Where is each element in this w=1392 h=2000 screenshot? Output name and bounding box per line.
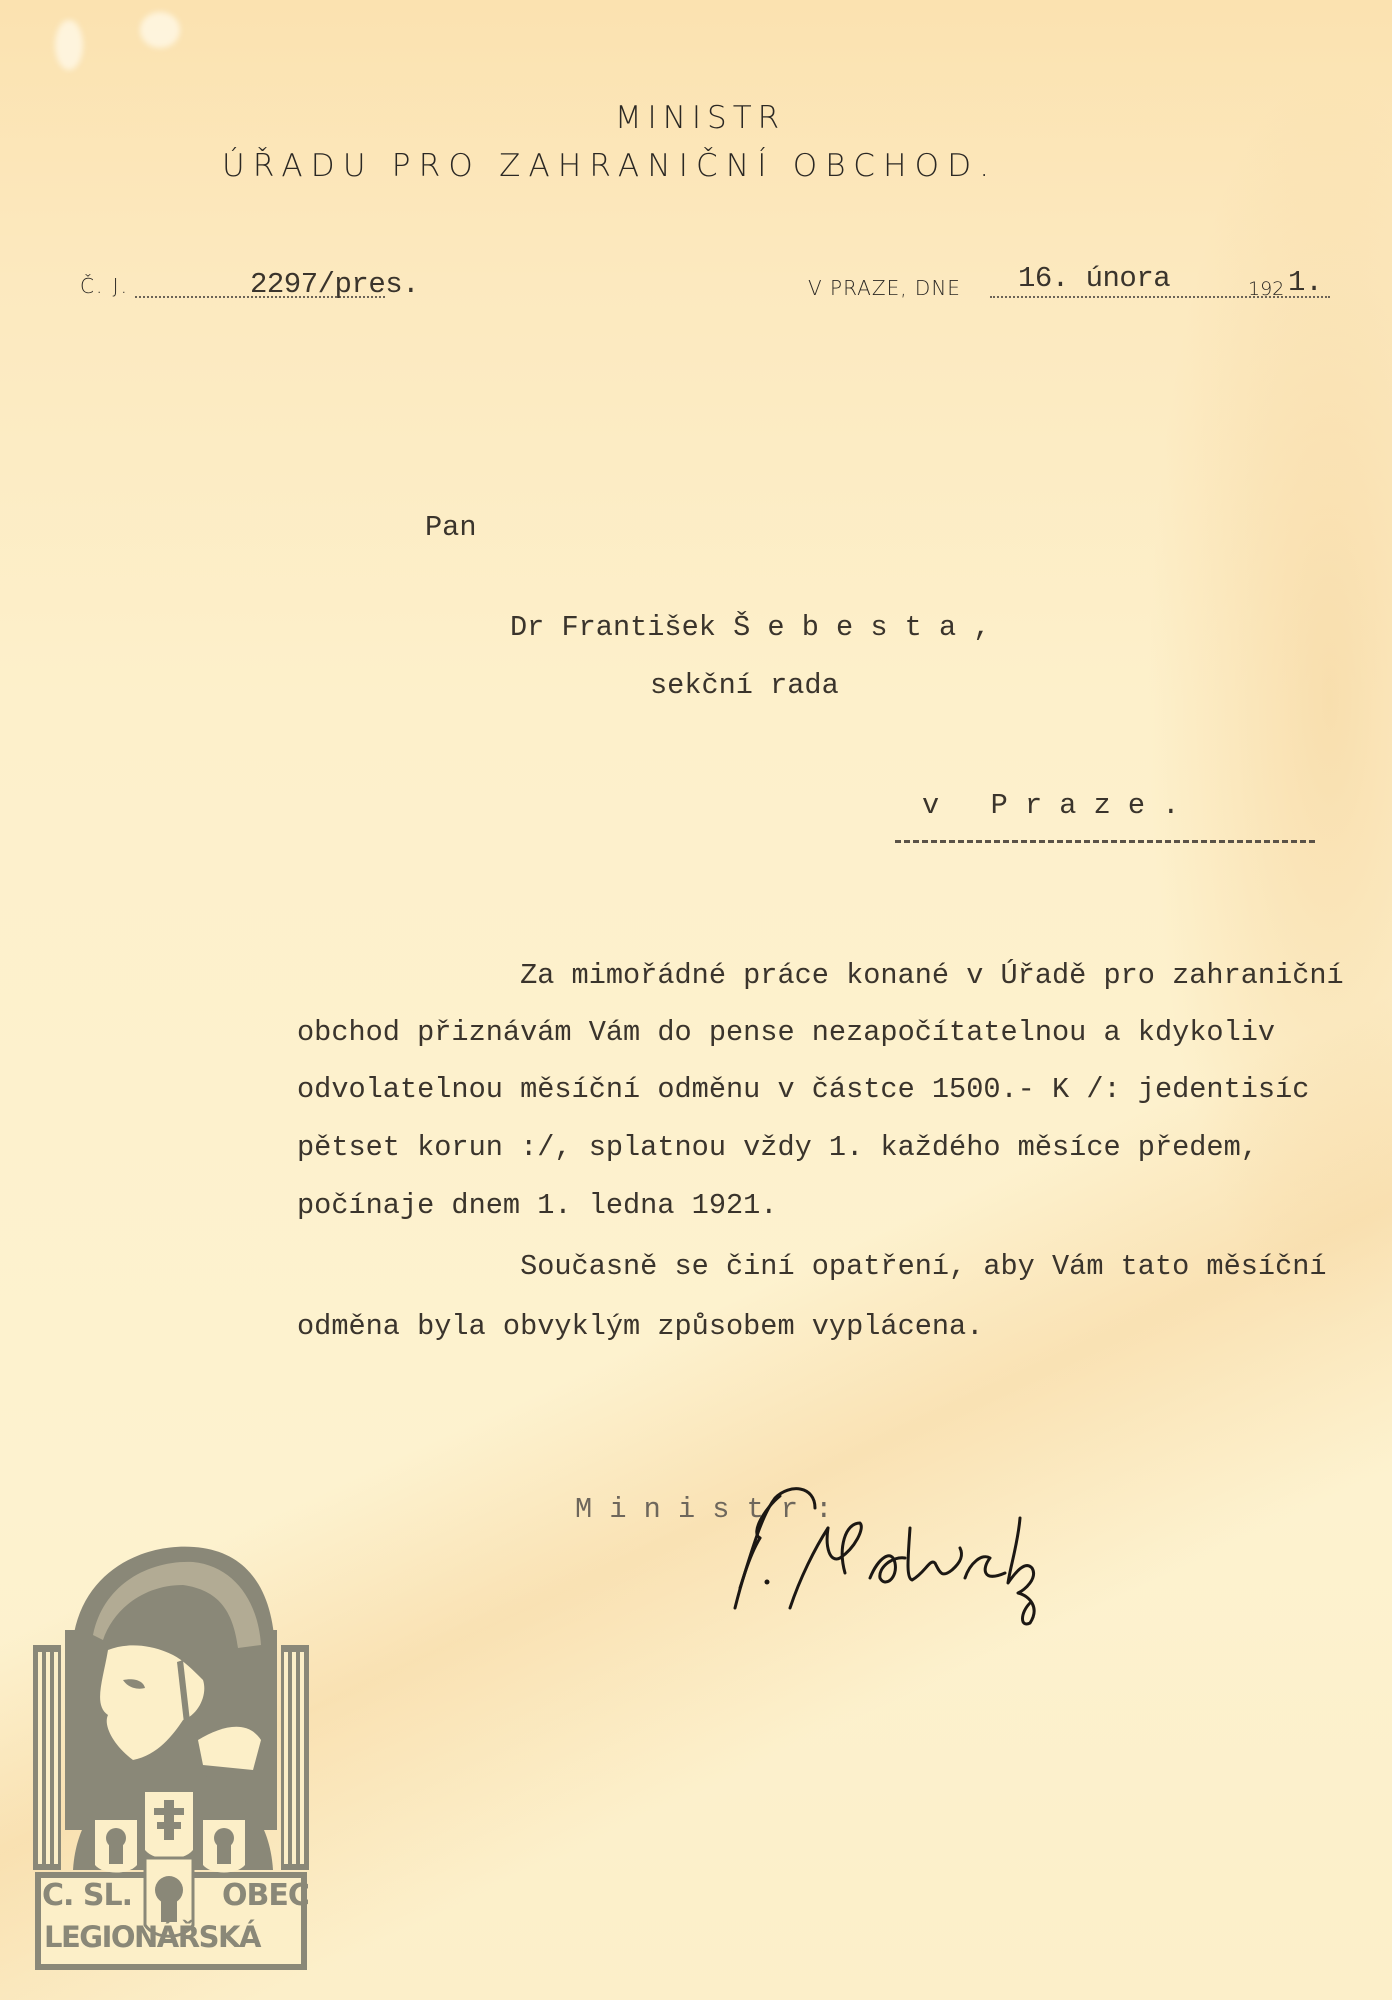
logo-text-line2: LEGIONÁŘSKÁ (44, 1920, 260, 1954)
addressee-salutation: Pan (425, 512, 476, 544)
reference-label: Č. J. (80, 274, 129, 298)
body-line: Za mimořádné práce konané v Úřadě pro za… (297, 960, 1344, 992)
logo-text-line1-right: OBEC (222, 1878, 309, 1913)
date-year-suffix: 1. (1288, 266, 1323, 299)
body-line: obchod přiznávám Vám do pense nezapočíta… (297, 1017, 1275, 1049)
body-line: Současně se činí opatření, aby Vám tato … (297, 1251, 1327, 1283)
date-year-prefix: 192 (1248, 278, 1284, 300)
letterhead-subtitle: ÚŘADU PRO ZAHRANIČNÍ OBCHOD. (222, 148, 997, 184)
handwritten-signature-icon (720, 1478, 1070, 1628)
body-line: odměna byla obvyklým způsobem vyplácena. (297, 1311, 983, 1343)
addressee-name: Dr František Š e b e s t a , (510, 612, 990, 644)
date-day-month: 16. února (1018, 262, 1170, 295)
date-label: V PRAZE, DNE (808, 276, 961, 300)
body-line: počínaje dnem 1. ledna 1921. (297, 1190, 777, 1222)
addressee-city: v P r a z e . (922, 790, 1179, 822)
logo-text-line1-left: C. SL. (42, 1878, 132, 1913)
paper-stain (55, 20, 83, 70)
body-line: pětset korun :/, splatnou vždy 1. každéh… (297, 1132, 1258, 1164)
addressee-city-underline (895, 840, 1315, 843)
letterhead-title: MINISTR (0, 100, 1392, 136)
paper-stain (140, 12, 180, 48)
body-line: odvolatelnou měsíční odměnu v částce 150… (297, 1074, 1309, 1106)
addressee-title: sekční rada (650, 670, 839, 702)
reference-number: 2297/pres. (250, 268, 419, 301)
